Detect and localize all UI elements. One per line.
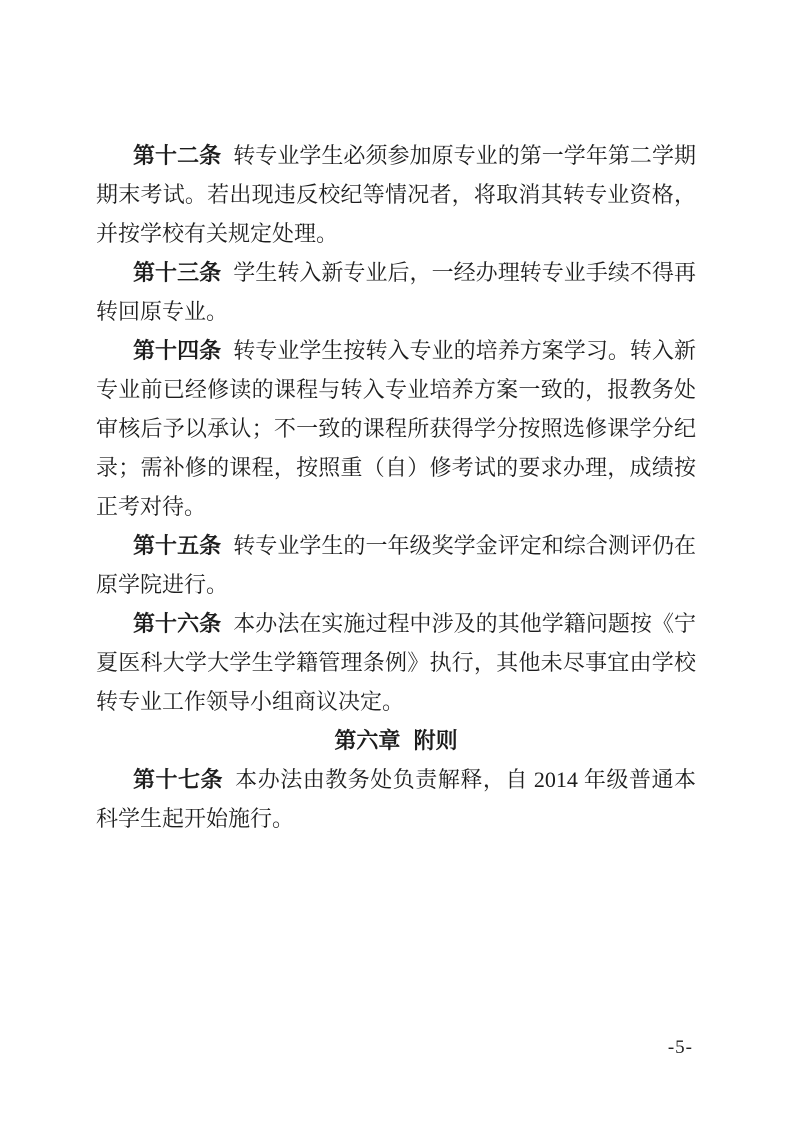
article-number-label: 第十四条 xyxy=(133,338,221,363)
article-paragraph: 第十七条本办法由教务处负责解释，自 2014 年级普通本科学生起开始施行。 xyxy=(96,760,696,838)
page-number: -5- xyxy=(668,1036,693,1060)
article-paragraph: 第十五条转专业学生的一年级奖学金评定和综合测评仍在原学院进行。 xyxy=(96,526,696,604)
article-paragraph: 第十三条学生转入新专业后，一经办理转专业手续不得再转回原专业。 xyxy=(96,253,696,331)
article-number-label: 第十五条 xyxy=(133,533,221,558)
article-paragraph: 第十二条转专业学生必须参加原专业的第一学年第二学期期末考试。若出现违反校纪等情况… xyxy=(96,136,696,253)
article-number-label: 第十二条 xyxy=(133,143,221,168)
document-page: 第十二条转专业学生必须参加原专业的第一学年第二学期期末考试。若出现违反校纪等情况… xyxy=(0,0,793,1122)
article-number-label: 第十七条 xyxy=(133,767,223,792)
article-paragraph: 第十六条本办法在实施过程中涉及的其他学籍问题按《宁夏医科大学大学生学籍管理条例》… xyxy=(96,604,696,721)
article-number-label: 第十六条 xyxy=(133,611,221,636)
article-body-text: 转专业学生按转入专业的培养方案学习。转入新专业前已经修读的课程与转入专业培养方案… xyxy=(96,338,696,519)
document-body: 第十二条转专业学生必须参加原专业的第一学年第二学期期末考试。若出现违反校纪等情况… xyxy=(96,136,696,838)
article-paragraph: 第十四条转专业学生按转入专业的培养方案学习。转入新专业前已经修读的课程与转入专业… xyxy=(96,331,696,526)
chapter-heading: 第六章附则 xyxy=(96,721,696,760)
chapter-title-text: 附则 xyxy=(414,728,458,753)
article-number-label: 第十三条 xyxy=(133,260,221,285)
chapter-number-label: 第六章 xyxy=(334,728,400,753)
